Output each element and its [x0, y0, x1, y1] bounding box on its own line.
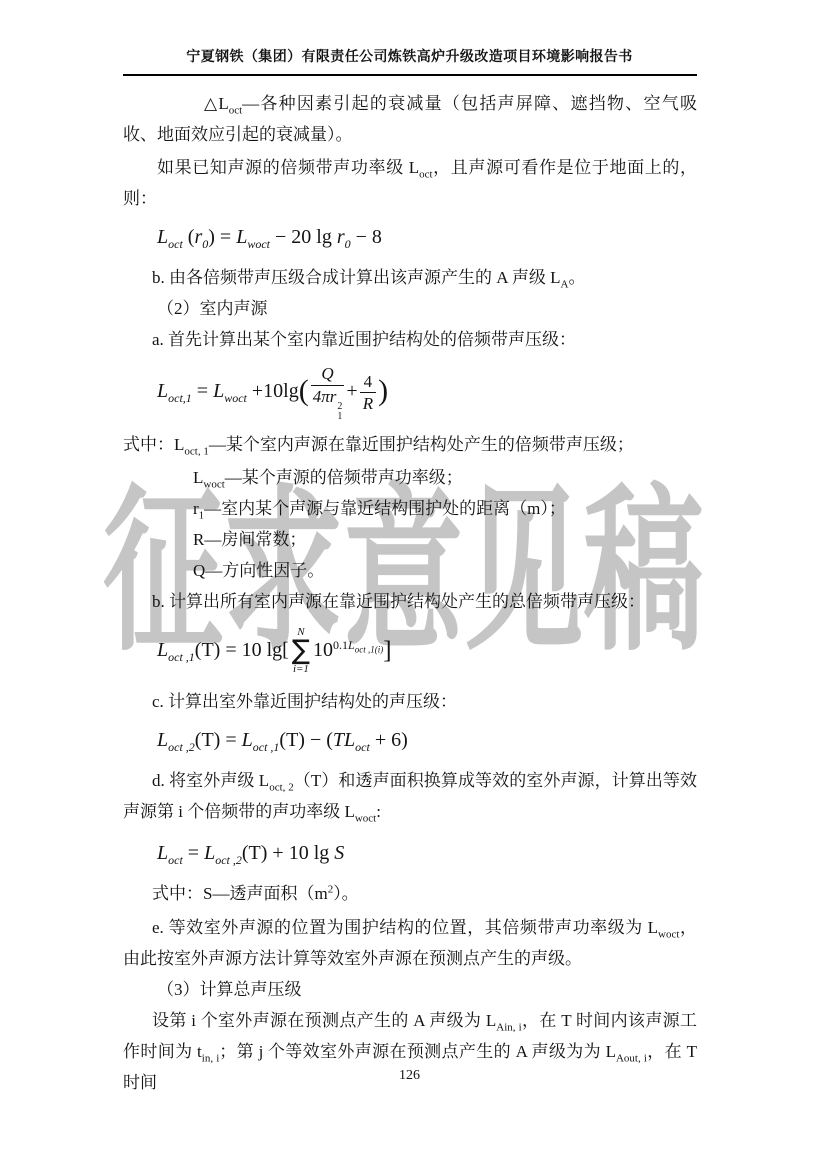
math-sub: woct [224, 391, 247, 405]
math-sub: 1 [337, 412, 342, 422]
math-paren: ( [299, 374, 309, 407]
math-var: L [157, 380, 168, 402]
math-fraction: Q4πr21 [311, 363, 345, 421]
math-sub: oct [168, 237, 183, 251]
paragraph-def-R: R—房间常数； [123, 524, 697, 555]
paragraph-def-r1: r1—室内某个声源与靠近结构围护处的距离（m）； [123, 493, 697, 524]
subscript: oct, 2 [269, 781, 294, 793]
formula-total-octave-band: Loct ,1(T) = 10 lg[N∑i=1100.1Loct ,1(i)] [157, 622, 697, 679]
math-op: ( [183, 226, 195, 248]
math-op: + [346, 380, 357, 402]
text-run: b. 由各倍频带声压级合成计算出该声源产生的 A 声级 L [152, 268, 560, 287]
math-var: L [348, 638, 355, 652]
paragraph-section-3: （3）计算总声压级 [123, 974, 697, 1005]
math-sub: woct [247, 237, 270, 251]
subscript: woct [203, 478, 224, 490]
math-paren: ) [378, 374, 388, 407]
math-sub: oct,1 [168, 391, 192, 405]
text-run: L [193, 468, 203, 487]
math-var: L [157, 639, 168, 661]
subscript: Aout, i [616, 1052, 647, 1064]
math-op: (T) − ( [279, 729, 332, 751]
math-base: 10 [313, 639, 333, 661]
paragraph-def-Q: Q—方向性因子。 [123, 555, 697, 586]
math-numerator: Q [311, 363, 345, 385]
paragraph-delta-loct: △Loct—各种因素引起的衰减量（包括声屏障、遮挡物、空气吸收、地面效应引起的衰… [123, 88, 697, 150]
paragraph-total-level: 设第 i 个室外声源在预测点产生的 A 声级为 LAin, i，在 T 时间内该… [123, 1005, 697, 1098]
subscript: oct, 1 [184, 445, 208, 457]
paragraph-def-lwoct: Lwoct—某个声源的倍频带声功率级； [123, 462, 697, 493]
text-run: —某个声源的倍频带声功率级； [225, 468, 463, 487]
text-run: （3）计算总声压级 [157, 980, 302, 999]
text-run: 。 [568, 268, 585, 287]
text-run: 设第 i 个室外声源在预测点产生的 A 声级为 L [152, 1011, 496, 1030]
math-op: = [192, 380, 213, 402]
math-var: L [213, 380, 224, 402]
paragraph-if-known: 如果已知声源的倍频带声功率级 Loct，且声源可看作是位于地面上的，则： [123, 152, 697, 214]
math-op: +10lg [247, 380, 299, 402]
math-var: S [334, 842, 344, 864]
text-run: d. 将室外声级 L [152, 771, 269, 790]
summation-symbol: N∑i=1 [292, 627, 310, 675]
paragraph-where-S: 式中：S—透声面积（m2）。 [123, 878, 697, 909]
math-var: L [236, 226, 247, 248]
text-run: e. 等效室外声源的位置为围护结构的位置，其倍频带声功率级为 L [152, 918, 658, 937]
text-run: （2）室内声源 [157, 299, 268, 318]
math-op: − 20 lg [270, 226, 337, 248]
paragraph-section-2: （2）室内声源 [123, 293, 697, 324]
subscript: in, i [202, 1052, 219, 1064]
text-run: 式中：L [123, 435, 184, 454]
header-title: 宁夏钢铁（集团）有限责任公司炼铁高炉升级改造项目环境影响报告书 [186, 50, 632, 65]
math-var: L [204, 842, 215, 864]
math-op: (T) = [195, 729, 242, 751]
math-op: ) = [208, 226, 236, 248]
math-var: TL [333, 729, 355, 751]
text-run: 式中：S—透声面积（m [152, 884, 328, 903]
formula-indoor-octave-band: Loct,1 = Lwoct +10lg(Q4πr21+4R) [157, 360, 697, 422]
text-run: —某个室内声源在靠近围护结构处产生的倍频带声压级； [209, 435, 634, 454]
text-run: ；第 j 个等效室外声源在预测点产生的 A 声级为为 L [219, 1042, 616, 1061]
math-denominator: R [360, 393, 377, 414]
math-var: L [242, 729, 253, 751]
subscript: woct [658, 928, 679, 940]
math-var: r [330, 387, 337, 406]
math-sub: oct ,2 [215, 853, 242, 867]
math-var: 4π [313, 387, 330, 406]
math-fraction: 4R [360, 371, 377, 415]
math-exponent: 0.1Loct ,1(i) [333, 638, 383, 652]
math-op: + 6) [370, 729, 408, 751]
sigma-icon: ∑ [292, 638, 310, 664]
document-page: 征求意见稿 宁夏钢铁（集团）有限责任公司炼铁高炉升级改造项目环境影响报告书 △L… [0, 0, 819, 1158]
math-var: L [157, 226, 168, 248]
math-op: (T) = 10 lg[ [195, 639, 289, 661]
formula-outdoor-source: Loct (r0) = Lwoct − 20 lg r0 − 8 [157, 219, 697, 255]
math-var: L [157, 842, 168, 864]
math-sub: oct ,1 [168, 650, 195, 664]
text-run: a. 首先计算出某个室内靠近围护结构处的倍频带声压级： [152, 330, 576, 349]
header-divider [123, 74, 697, 76]
text-run: : [376, 802, 381, 821]
paragraph-where-loct1: 式中：Loct, 1—某个室内声源在靠近围护结构处产生的倍频带声压级； [123, 429, 697, 460]
text-run: △L [204, 94, 229, 113]
subscript: oct [419, 168, 432, 180]
text-run: c. 计算出室外靠近围护结构处的声压级： [152, 692, 457, 711]
document-body: △Loct—各种因素引起的衰减量（包括声屏障、遮挡物、空气吸收、地面效应引起的衰… [123, 88, 697, 1098]
math-sub: oct ,1 [253, 740, 280, 754]
math-op: − 8 [351, 226, 382, 248]
math-var: L [157, 729, 168, 751]
math-var: r [337, 226, 345, 248]
math-subsup: 21 [337, 402, 342, 422]
math-sub: oct ,1(i) [355, 644, 384, 654]
text-run: Q—方向性因子。 [193, 561, 324, 580]
math-numerator: 4 [360, 371, 377, 393]
text-run: ）。 [333, 884, 359, 903]
paragraph-item-a2: a. 首先计算出某个室内靠近围护结构处的倍频带声压级： [123, 324, 697, 355]
math-bracket: ] [383, 637, 391, 664]
math-denominator: 4πr21 [311, 386, 345, 422]
paragraph-item-d: d. 将室外声级 Loct, 2（T）和透声面积换算成等效的室外声源，计算出等效… [123, 765, 697, 827]
math-sub: oct ,2 [168, 740, 195, 754]
text-run: R—房间常数； [193, 530, 306, 549]
math-op: = [183, 842, 204, 864]
paragraph-item-b2: b. 计算出所有室内声源在靠近围护结构处产生的总倍频带声压级： [123, 586, 697, 617]
math-op: 0.1 [333, 638, 348, 652]
formula-equivalent-power-level: Loct = Loct ,2(T) + 10 lg S [157, 835, 697, 871]
page-footer: 126 [0, 1068, 819, 1084]
formula-outdoor-near-envelope: Loct ,2(T) = Loct ,1(T) − (TLoct + 6) [157, 722, 697, 758]
paragraph-item-c: c. 计算出室外靠近围护结构处的声压级： [123, 686, 697, 717]
math-sub: oct [168, 853, 183, 867]
text-run: b. 计算出所有室内声源在靠近围护结构处产生的总倍频带声压级： [152, 592, 645, 611]
paragraph-item-e: e. 等效室外声源的位置为围护结构的位置，其倍频带声功率级为 Lwoct，由此按… [123, 912, 697, 974]
subscript: oct [229, 104, 242, 116]
page-header: 宁夏钢铁（集团）有限责任公司炼铁高炉升级改造项目环境影响报告书 [0, 46, 819, 66]
sum-lower-limit: i=1 [293, 664, 309, 675]
math-sub: oct [355, 740, 370, 754]
subscript: Ain, i [496, 1021, 521, 1033]
subscript: woct [355, 812, 376, 824]
math-op: (T) + 10 lg [242, 842, 334, 864]
text-run: 如果已知声源的倍频带声功率级 L [157, 158, 419, 177]
paragraph-item-b1: b. 由各倍频带声压级合成计算出该声源产生的 A 声级 LA。 [123, 262, 697, 293]
page-number: 126 [399, 1068, 420, 1083]
text-run: —室内某个声源与靠近结构围护处的距离（m）； [204, 499, 566, 518]
